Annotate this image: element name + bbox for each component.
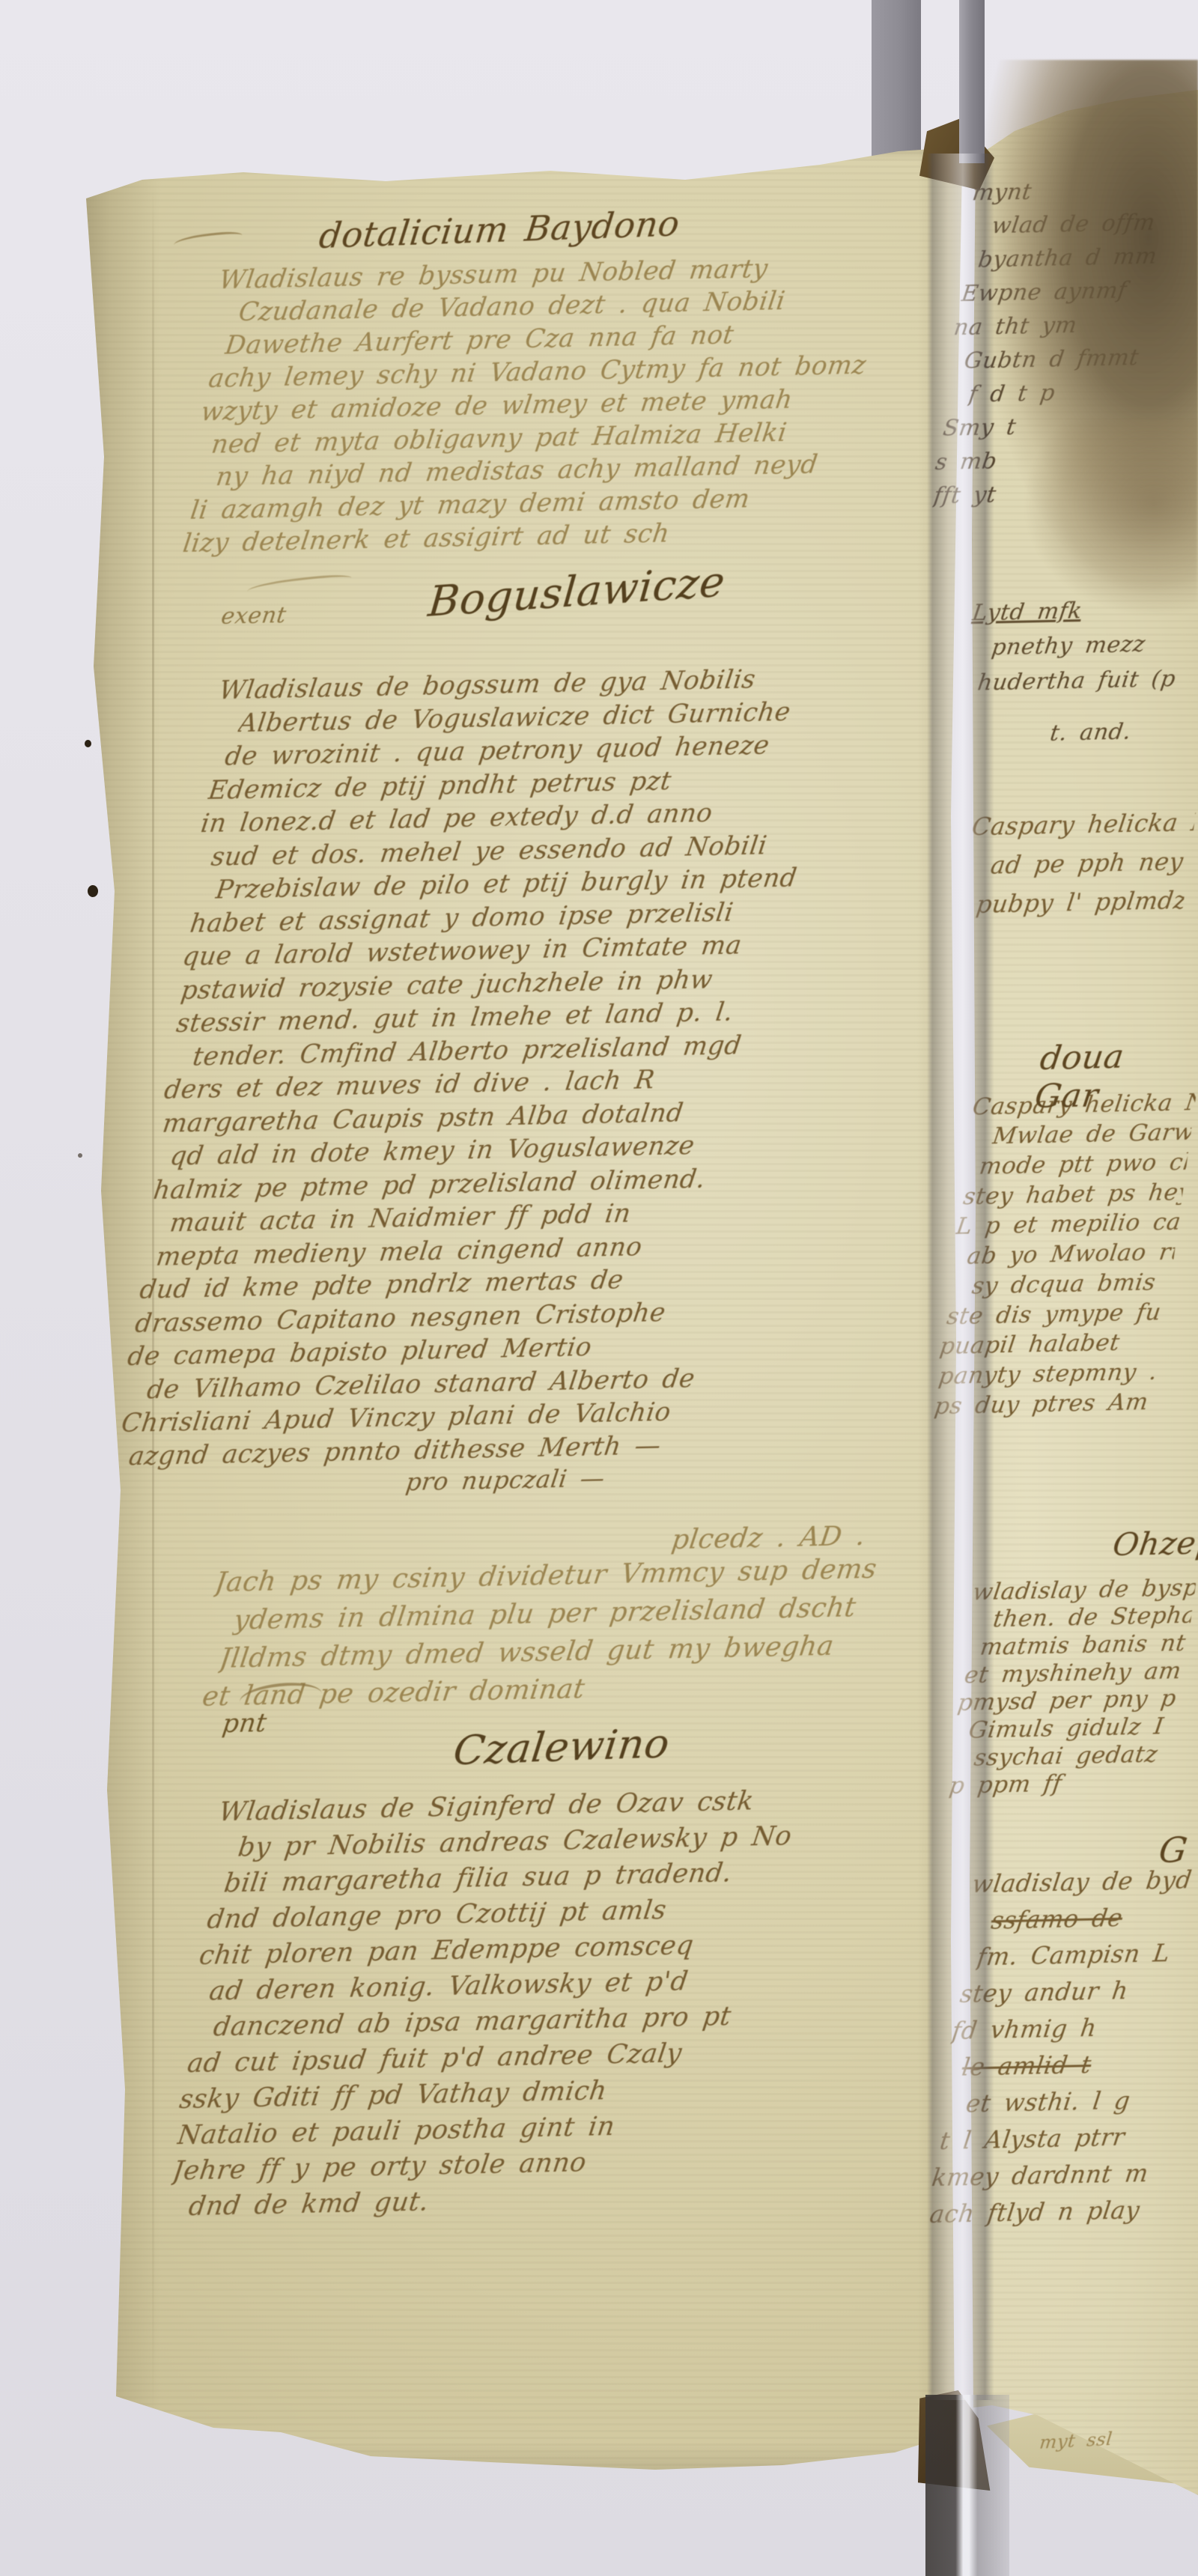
entry-footer-pro-nupczali: pro nupczali —	[404, 1463, 606, 1496]
glass-rod-top	[959, 0, 985, 163]
manuscript-text-line: matmis banis nt	[979, 1629, 1190, 1662]
right-page-heading-ohzep: Ohzep	[1110, 1524, 1198, 1563]
glass-rod-bottom	[925, 2395, 1009, 2576]
entry-heading-czalewino: Czalewino	[451, 1719, 672, 1774]
glass-rod	[927, 154, 1003, 2400]
manuscript-text-line: then. de Stephanu	[991, 1602, 1194, 1634]
manuscript-text-line: wladislay de bysp	[971, 1574, 1197, 1606]
ink-fleck	[85, 740, 91, 747]
bottom-edge-scribble: myt ssl	[1039, 2428, 1113, 2453]
ink-blot	[88, 885, 98, 897]
manuscript-text-line: fm. Campisn L	[975, 1935, 1188, 1976]
entry-body-czalewino: Wladislaus de Siginferd de Ozav cstkby p…	[165, 1779, 949, 2226]
manuscript-text-line: ad pe pph ney uyp p	[988, 842, 1192, 885]
right-page-heading-g: G	[1157, 1829, 1191, 1871]
manuscript-text-line: mode ptt pwo ch	[978, 1147, 1189, 1182]
margin-note-exent: exent	[219, 602, 288, 630]
manuscript-text-line: pnethy mezz	[989, 626, 1192, 666]
manuscript-text-line: Mwlae de Garwar	[991, 1117, 1193, 1152]
manuscript-text-line: Lytd mfk	[970, 591, 1197, 631]
manuscript-photo-canvas: { "scene": { "description": "Photograph …	[0, 0, 1198, 2576]
paper-speck	[78, 1153, 82, 1158]
right-page-heading-doua-gar: doua Gar	[1033, 1036, 1198, 1116]
manuscript-text-line: ssfamo de	[989, 1898, 1193, 1939]
manuscript-text-line: Caspary helicka Mur	[970, 803, 1197, 846]
manuscript-text-line: hudertha fuit (p	[976, 661, 1188, 701]
manuscript-text-line: pubpy l' pplmdz . ff	[974, 881, 1187, 924]
entry-body-dotalicium: Wladislaus re byssum pu Nobled martyCzud…	[184, 249, 934, 560]
entry-body-boguslawicze: Wladislaus de bogssum de gya NobilisAlbe…	[115, 659, 938, 1474]
right-page-et-and: t. and.	[1048, 719, 1133, 747]
